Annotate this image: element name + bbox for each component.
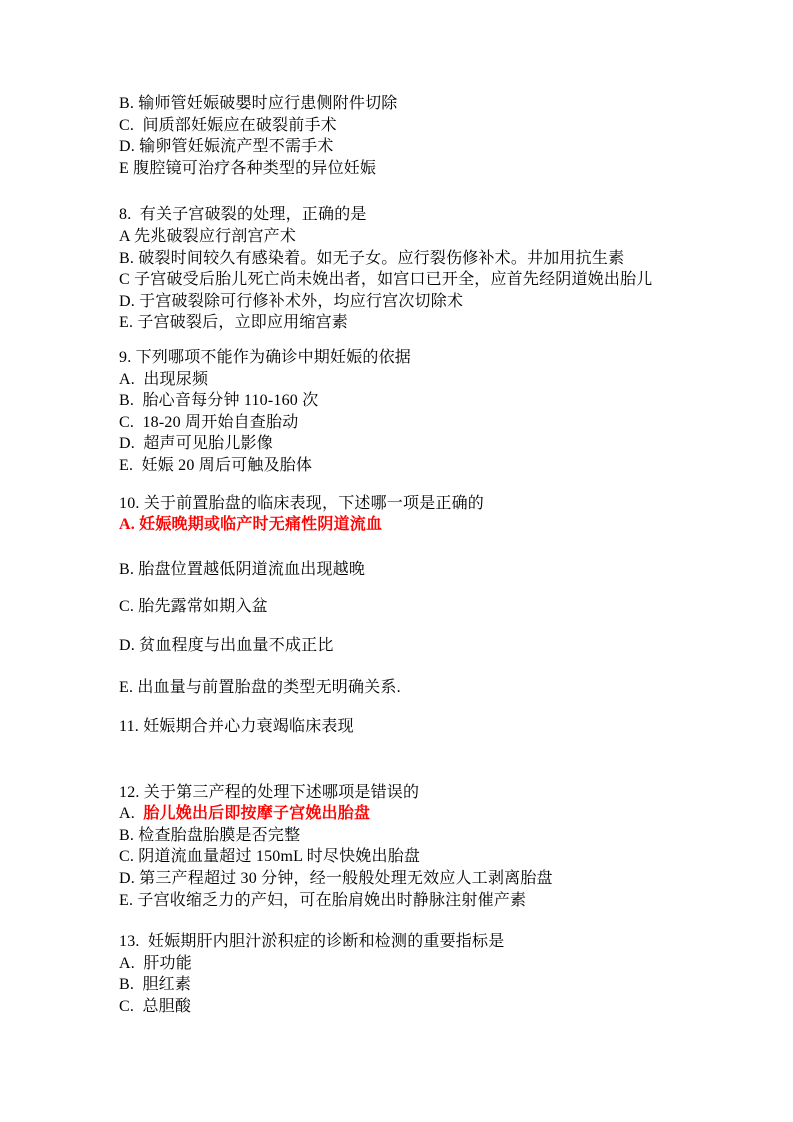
text-segment: A.	[119, 805, 143, 822]
text-segment: D. 于宫破裂除可行修补术外，均应行宫次切除术	[119, 293, 463, 310]
text-segment: 9. 下列哪项不能作为确诊中期妊娠的依据	[119, 349, 411, 366]
option-line: E. 子宫收缩乏力的产妇，可在胎肩娩出时静脉注射催产素	[119, 890, 738, 912]
document-body: B. 输师管妊娠破嬰时应行患侧附件切除C. 间质部妊娠应在破裂前手术D. 输卵管…	[119, 93, 738, 1018]
option-line: A. 肝功能	[119, 953, 738, 975]
text-segment: D. 第三产程超过 30 分钟，经一般般处理无效应人工剥离胎盘	[119, 870, 553, 887]
answer-text: A. 妊娠晚期或临产时无痛性阴道流血	[119, 516, 382, 533]
question-title: 11. 妊娠期合并心力衰竭临床表现	[119, 716, 738, 738]
option-line: D. 贫血程度与出血量不成正比	[119, 635, 738, 657]
text-segment: C. 阴道流血量超过 150mL 时尽快娩出胎盘	[119, 848, 420, 865]
text-segment: D. 输卵管妊娠流产型不需手术	[119, 138, 334, 155]
text-segment: A. 肝功能	[119, 955, 192, 972]
document-page: B. 输师管妊娠破嬰时应行患侧附件切除C. 间质部妊娠应在破裂前手术D. 输卵管…	[0, 0, 793, 1122]
answer-text: 胎儿娩出后即按摩子宫娩出胎盘	[143, 805, 370, 822]
text-segment: 8. 有关子宫破裂的处理，正确的是	[119, 206, 367, 223]
text-segment: B. 输师管妊娠破嬰时应行患侧附件切除	[119, 95, 397, 112]
option-line: C. 间质部妊娠应在破裂前手术	[119, 115, 738, 137]
text-segment: C. 总胆酸	[119, 998, 191, 1015]
option-line: A. 出现尿频	[119, 369, 738, 391]
option-line: D. 超声可见胎儿影像	[119, 433, 738, 455]
question-title: 8. 有关子宫破裂的处理，正确的是	[119, 204, 738, 226]
option-line: B. 输师管妊娠破嬰时应行患侧附件切除	[119, 93, 738, 115]
text-segment: B. 胆红素	[119, 976, 191, 993]
answer-highlight: A. 妊娠晚期或临产时无痛性阴道流血	[119, 514, 738, 536]
option-line: D. 于宫破裂除可行修补术外，均应行宫次切除术	[119, 291, 738, 313]
text-segment: E. 妊娠 20 周后可触及胎体	[119, 457, 312, 474]
option-line: B. 胆红素	[119, 974, 738, 996]
answer-highlight-mixed: A. 胎儿娩出后即按摩子宫娩出胎盘	[119, 803, 738, 825]
option-line: C. 总胆酸	[119, 996, 738, 1018]
option-line: C 子宫破受后胎儿死亡尚未娩出者，如宫口已开全，应首先经阴道娩出胎儿	[119, 269, 738, 291]
question-title: 12. 关于第三产程的处理下述哪项是错误的	[119, 782, 738, 804]
text-segment: C. 胎先露常如期入盆	[119, 598, 268, 615]
option-line: B. 胎心音每分钟 110-160 次	[119, 390, 738, 412]
text-segment: B. 胎盘位置越低阴道流血出现越晚	[119, 561, 365, 578]
option-line: D. 第三产程超过 30 分钟，经一般般处理无效应人工剥离胎盘	[119, 868, 738, 890]
text-segment: D. 超声可见胎儿影像	[119, 435, 273, 452]
option-line: E. 妊娠 20 周后可触及胎体	[119, 455, 738, 477]
text-segment: 10. 关于前置胎盘的临床表现，下述哪一项是正确的	[119, 495, 484, 512]
text-segment: B. 检查胎盘胎膜是否完整	[119, 827, 300, 844]
text-segment: C. 18-20 周开始自查胎动	[119, 414, 298, 431]
text-segment: A. 出现尿频	[119, 371, 208, 388]
option-line: C. 18-20 周开始自查胎动	[119, 412, 738, 434]
text-segment: A 先兆破裂应行剖宫产术	[119, 228, 296, 245]
text-segment: E 腹腔镜可治疗各种类型的异位妊娠	[119, 160, 376, 177]
text-segment: C. 间质部妊娠应在破裂前手术	[119, 117, 337, 134]
option-line: D. 输卵管妊娠流产型不需手术	[119, 136, 738, 158]
option-line: E. 出血量与前置胎盘的类型无明确关系.	[119, 677, 738, 699]
question-title: 10. 关于前置胎盘的临床表现，下述哪一项是正确的	[119, 493, 738, 515]
text-segment: 11. 妊娠期合并心力衰竭临床表现	[119, 718, 354, 735]
option-line: E. 子宫破裂后，立即应用缩宫素	[119, 312, 738, 334]
text-segment: D. 贫血程度与出血量不成正比	[119, 637, 334, 654]
text-segment: 12. 关于第三产程的处理下述哪项是错误的	[119, 784, 419, 801]
option-line: B. 破裂时间较久有感染着。如无子女。应行裂伤修补术。井加用抗生素	[119, 248, 738, 270]
option-line: B. 检查胎盘胎膜是否完整	[119, 825, 738, 847]
text-segment: B. 破裂时间较久有感染着。如无子女。应行裂伤修补术。井加用抗生素	[119, 250, 624, 267]
option-line: A 先兆破裂应行剖宫产术	[119, 226, 738, 248]
text-segment: E. 子宫破裂后，立即应用缩宫素	[119, 314, 348, 331]
text-segment: E. 出血量与前置胎盘的类型无明确关系.	[119, 679, 401, 696]
question-title: 9. 下列哪项不能作为确诊中期妊娠的依据	[119, 347, 738, 369]
text-segment: E. 子宫收缩乏力的产妇，可在胎肩娩出时静脉注射催产素	[119, 892, 526, 909]
text-segment: B. 胎心音每分钟 110-160 次	[119, 392, 318, 409]
option-line: C. 阴道流血量超过 150mL 时尽快娩出胎盘	[119, 846, 738, 868]
option-line: C. 胎先露常如期入盆	[119, 596, 738, 618]
option-line: B. 胎盘位置越低阴道流血出现越晚	[119, 559, 738, 581]
text-segment: 13. 妊娠期肝内胆汁淤积症的诊断和检测的重要指标是	[119, 933, 504, 950]
question-title: 13. 妊娠期肝内胆汁淤积症的诊断和检测的重要指标是	[119, 931, 738, 953]
option-line: E 腹腔镜可治疗各种类型的异位妊娠	[119, 158, 738, 180]
text-segment: C 子宫破受后胎儿死亡尚未娩出者，如宫口已开全，应首先经阴道娩出胎儿	[119, 271, 652, 288]
